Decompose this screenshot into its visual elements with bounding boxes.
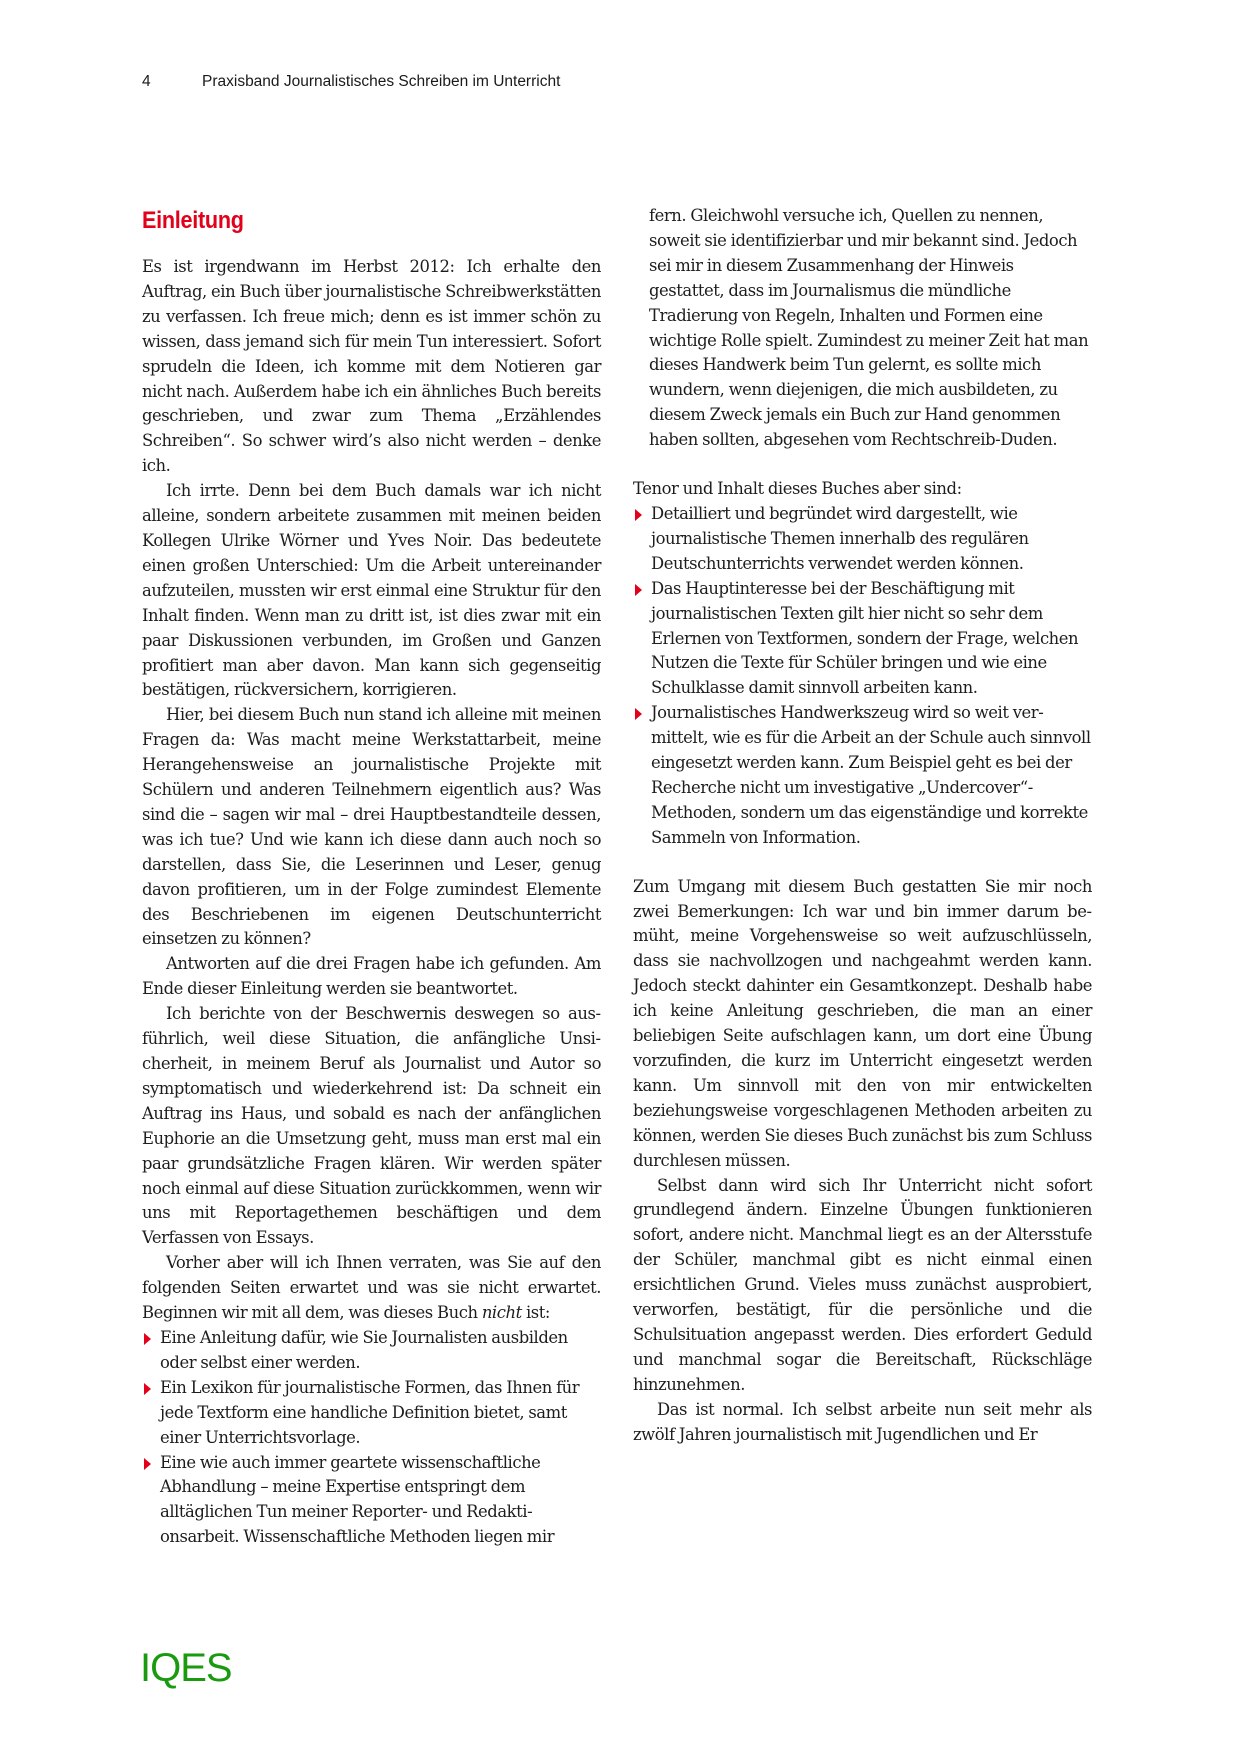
list-item: Journalistisches Handwerkszeug wird so w… <box>633 701 1092 850</box>
list-item: Ein Lexikon für journalistische Formen, … <box>142 1376 601 1451</box>
left-column: Einleitung Es ist irgendwann im Herbst 2… <box>142 204 601 1550</box>
list-item: Detailliert und begründet wird dargestel… <box>633 502 1092 577</box>
right-column: fern. Gleichwohl versuche ich, Quellen z… <box>633 204 1092 1448</box>
running-header: 4 Praxisband Journalistisches Schreiben … <box>142 73 560 91</box>
paragraph: Vorher aber will ich Ihnen verraten, was… <box>142 1251 601 1326</box>
paragraph: Selbst dann wird sich Ihr Unterricht nic… <box>633 1174 1092 1398</box>
running-title: Praxisband Journalistisches Schreiben im… <box>202 73 560 91</box>
paragraph: Zum Umgang mit diesem Buch gestatten Sie… <box>633 875 1092 1174</box>
list-item: Eine wie auch immer geartete wissenschaf… <box>142 1451 601 1551</box>
paragraph: Ich berichte von der Beschwernis deswege… <box>142 1002 601 1251</box>
section-title: Einleitung <box>142 204 555 238</box>
paragraph: Tenor und Inhalt dieses Buches aber sind… <box>633 477 1092 502</box>
tenor-list: Detailliert und begründet wird dargestel… <box>633 502 1092 851</box>
paragraph: Hier, bei diesem Buch nun stand ich alle… <box>142 703 601 952</box>
paragraph-continuation: fern. Gleichwohl versuche ich, Quellen z… <box>633 204 1092 453</box>
paragraph: Es ist irgendwann im Herbst 2012: Ich er… <box>142 255 601 479</box>
list-item-text: Journalistisches Handwerkszeug wird so w… <box>651 703 1091 847</box>
list-item-text: Eine wie auch immer geartete wissenschaf… <box>160 1453 554 1547</box>
not-list: Eine Anleitung dafür, wie Sie Journalist… <box>142 1326 601 1550</box>
list-item-text: Das Hauptinteresse bei der Beschäftigung… <box>651 579 1078 698</box>
list-item-text: Ein Lexikon für journalistische Formen, … <box>160 1378 579 1447</box>
triangle-bullet-icon <box>635 708 642 720</box>
triangle-bullet-icon <box>144 1383 151 1395</box>
triangle-bullet-icon <box>144 1333 151 1345</box>
list-item: Das Hauptinteresse bei der Beschäftigung… <box>633 577 1092 702</box>
list-item: Eine Anleitung dafür, wie Sie Journalist… <box>142 1326 601 1376</box>
list-item-text: Eine Anleitung dafür, wie Sie Journalist… <box>160 1328 568 1372</box>
iqes-logo: IQES <box>140 1648 232 1688</box>
emphasis: nicht <box>482 1303 522 1322</box>
page-number: 4 <box>142 73 202 91</box>
paragraph: Das ist normal. Ich selbst arbeite nun s… <box>633 1398 1092 1448</box>
triangle-bullet-icon <box>144 1458 151 1470</box>
triangle-bullet-icon <box>635 584 642 596</box>
paragraph: Antworten auf die drei Fragen habe ich g… <box>142 952 601 1002</box>
list-item-text: Detailliert und begründet wird dargestel… <box>651 504 1029 573</box>
text-run: ist: <box>522 1303 550 1322</box>
triangle-bullet-icon <box>635 509 642 521</box>
paragraph: Ich irrte. Denn bei dem Buch damals war … <box>142 479 601 703</box>
